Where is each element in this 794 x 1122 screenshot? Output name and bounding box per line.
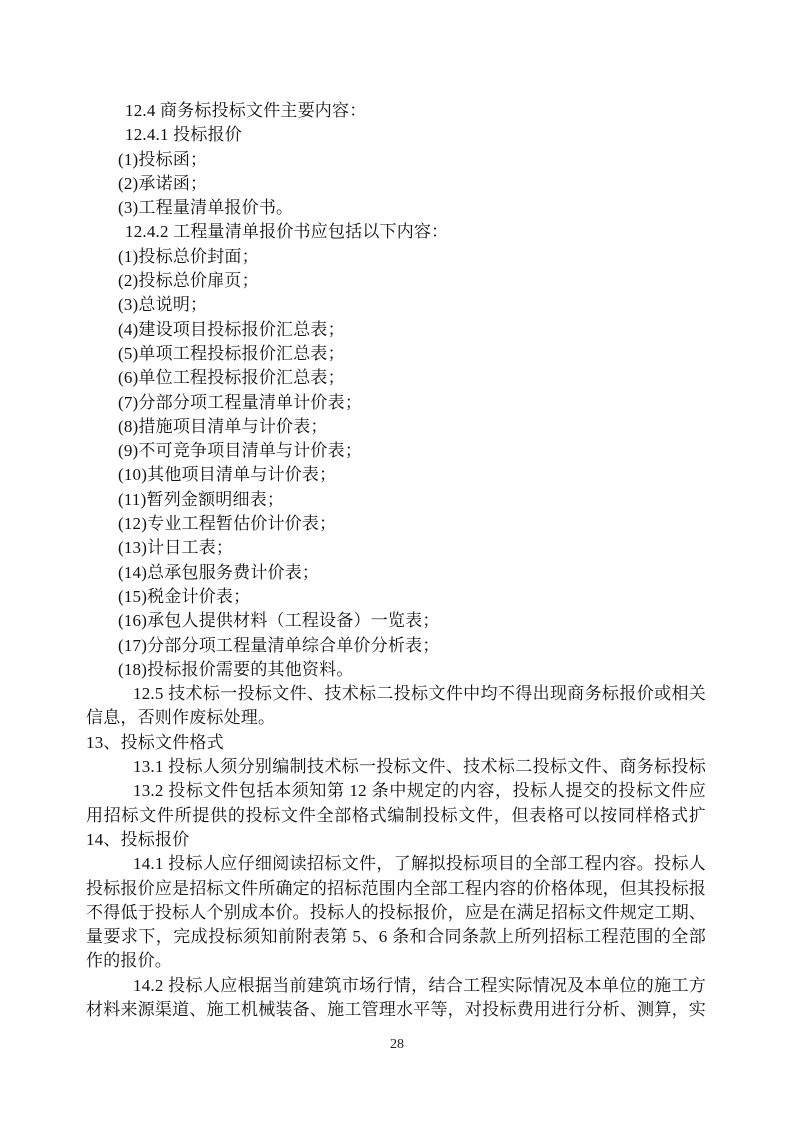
section-heading-13: 13、投标文件格式: [86, 731, 706, 755]
list-item: (15)税金计价表；: [86, 585, 706, 609]
document-page: 12.4 商务标投标文件主要内容： 12.4.1 投标报价 (1)投标函； (2…: [0, 0, 794, 1122]
list-item: (1)投标函；: [86, 148, 706, 172]
list-item: (4)建设项目投标报价汇总表；: [86, 318, 706, 342]
clause-14-1-cont: 作的报价。: [86, 949, 706, 973]
clause-14-1: 14.1 投标人应仔细阅读招标文件，了解拟投标项目的全部工程内容。投标人的: [86, 852, 706, 876]
clause-14-1-cont: 投标报价应是招标文件所确定的招标范围内全部工程内容的价格体现，但其投标报价: [86, 877, 706, 901]
section-heading-14: 14、投标报价: [86, 828, 706, 852]
list-item: (3)总说明；: [86, 293, 706, 317]
list-item: (2)承诺函；: [86, 172, 706, 196]
list-item: (10)其他项目清单与计价表；: [86, 463, 706, 487]
list-item: (1)投标总价封面；: [86, 245, 706, 269]
section-heading-12-4-2: 12.4.2 工程量清单报价书应包括以下内容：: [86, 220, 706, 244]
list-item: (16)承包人提供材料（工程设备）一览表；: [86, 609, 706, 633]
list-item: (7)分部分项工程量清单计价表；: [86, 391, 706, 415]
list-item: (12)专业工程暂估价计价表；: [86, 512, 706, 536]
list-item: (17)分部分项工程量清单综合单价分析表；: [86, 634, 706, 658]
list-item: (18)投标报价需要的其他资料。: [86, 658, 706, 682]
document-body: 12.4 商务标投标文件主要内容： 12.4.1 投标报价 (1)投标函； (2…: [86, 99, 706, 1022]
clause-12-5: 12.5 技术标一投标文件、技术标二投标文件中均不得出现商务标报价或相关报价: [86, 682, 706, 706]
clause-14-2-cont: 材料来源渠道、施工机械装备、施工管理水平等，对投标费用进行分析、测算，实事: [86, 998, 706, 1022]
list-item: (8)措施项目清单与计价表；: [86, 415, 706, 439]
list-item: (5)单项工程投标报价汇总表；: [86, 342, 706, 366]
page-number: 28: [0, 1036, 794, 1054]
clause-13-1: 13.1 投标人须分别编制技术标一投标文件、技术标二投标文件、商务标投标文件。: [86, 755, 706, 779]
list-item: (14)总承包服务费计价表；: [86, 561, 706, 585]
clause-13-2: 13.2 投标文件包括本须知第 12 条中规定的内容，投标人提交的投标文件应当使: [86, 779, 706, 803]
list-item: (13)计日工表；: [86, 536, 706, 560]
clause-12-5-cont: 信息，否则作废标处理。: [86, 706, 706, 730]
clause-14-1-cont: 不得低于投标人个别成本价。投标人的投标报价，应是在满足招标文件规定工期、质: [86, 901, 706, 925]
clause-14-2: 14.2 投标人应根据当前建筑市场行情，结合工程实际情况及本单位的施工方法、: [86, 974, 706, 998]
clause-14-1-cont: 量要求下，完成投标须知前附表第 5、6 条和合同条款上所列招标工程范围的全部工: [86, 925, 706, 949]
clause-13-2-cont: 用招标文件所提供的投标文件全部格式编制投标文件，但表格可以按同样格式扩展。: [86, 804, 706, 828]
list-item: (11)暂列金额明细表；: [86, 488, 706, 512]
list-item: (9)不可竞争项目清单与计价表；: [86, 439, 706, 463]
section-heading-12-4: 12.4 商务标投标文件主要内容：: [86, 99, 706, 123]
list-item: (6)单位工程投标报价汇总表；: [86, 366, 706, 390]
list-item: (2)投标总价扉页；: [86, 269, 706, 293]
section-heading-12-4-1: 12.4.1 投标报价: [86, 123, 706, 147]
list-item: (3)工程量清单报价书。: [86, 196, 706, 220]
